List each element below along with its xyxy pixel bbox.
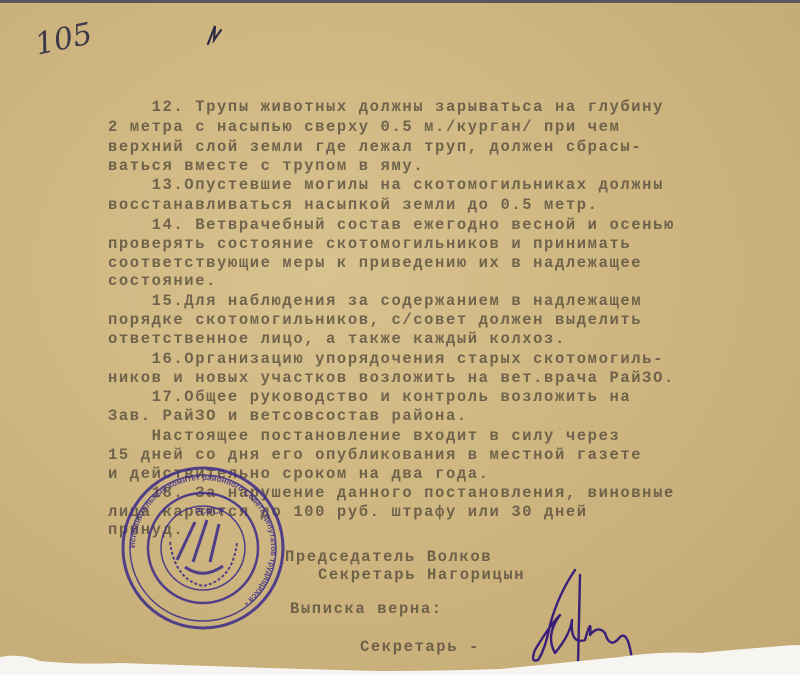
torn-paper-edge xyxy=(0,605,800,675)
doc-line: 15.Для наблюдения за содержанием в надле… xyxy=(108,292,642,310)
handwritten-page-number: 105 xyxy=(32,16,95,62)
archival-document-page: 105 12. Трупы животных должны зарыватьса… xyxy=(0,0,800,675)
doc-line: ответственное лицо, а также каждый колхо… xyxy=(108,330,566,348)
secretary-signature-line: Секретарь Нагорицын xyxy=(318,566,525,584)
doc-line: Зав. РайЗО и ветсовсостав района. xyxy=(108,407,468,425)
pen-mark-icon xyxy=(205,18,225,48)
doc-line: 2 метра с насыпью сверху 0.5 м./курган/ … xyxy=(108,118,620,136)
doc-line: 16.Организацию упорядочения старых ското… xyxy=(108,350,664,368)
doc-line: 17.Общее руководство и контроль возложит… xyxy=(108,388,631,406)
doc-line: верхний слой земли где лежал труп, долже… xyxy=(108,138,642,156)
doc-line: проверять состояние скотомогильников и п… xyxy=(108,235,631,253)
doc-line: порядке скотомогильников, с/совет должен… xyxy=(108,311,642,329)
doc-line: состояние. xyxy=(108,272,217,290)
scan-top-edge xyxy=(0,0,800,3)
doc-line: 14. Ветврачебный состав ежегодно весной … xyxy=(108,216,675,234)
doc-line: ников и новых участков возложить на вет.… xyxy=(108,369,675,387)
doc-line: 12. Трупы животных должны зарыватьса на … xyxy=(108,98,664,116)
doc-line: 13.Опустевшие могилы на скотомогильниках… xyxy=(108,176,664,194)
svg-text:РСФСР: РСФСР xyxy=(195,507,225,516)
doc-line: ваться вместе с трупом в яму. xyxy=(108,157,424,175)
chairman-signature-line: Председатель Волков xyxy=(285,548,492,566)
doc-line: восстанавливаться насыпкой земли до 0.5 … xyxy=(108,196,599,214)
doc-line: соответствующие меры к приведению их в н… xyxy=(108,254,642,272)
doc-line: Настоящее постановление входит в силу че… xyxy=(108,427,620,445)
